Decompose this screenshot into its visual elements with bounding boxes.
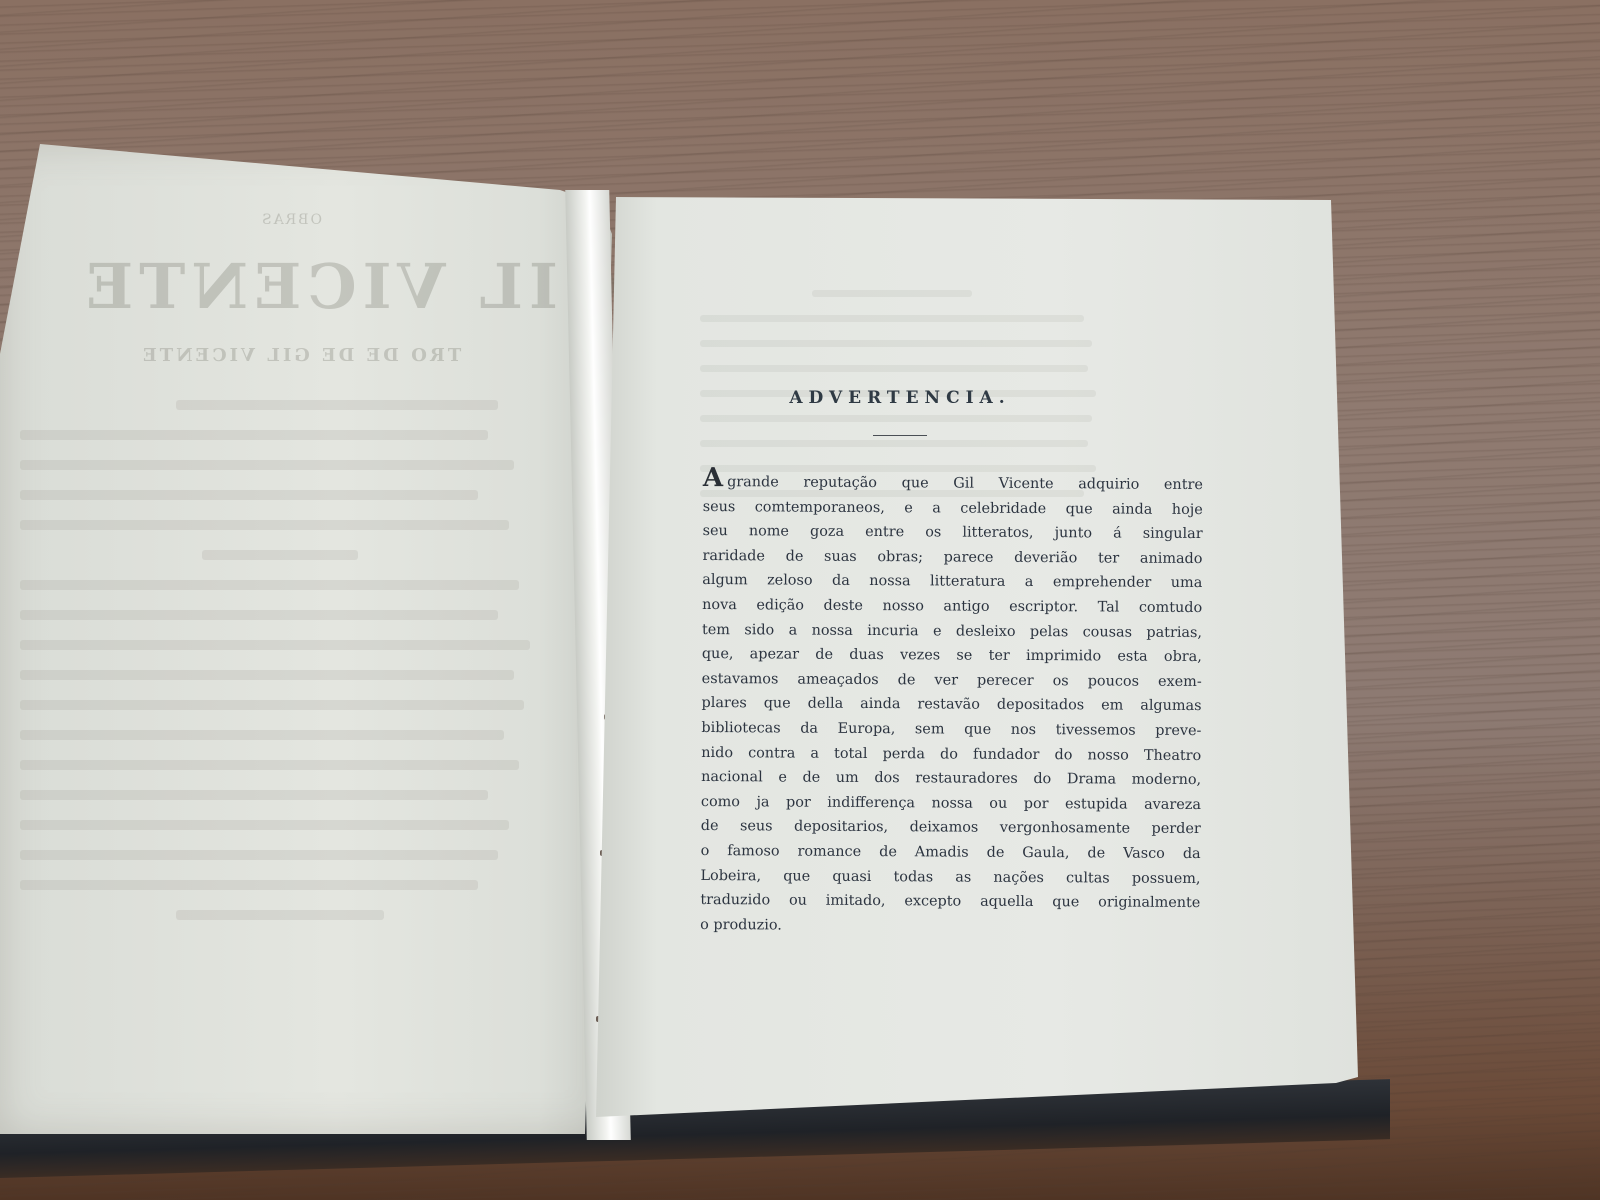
text-line: o famoso romance de Amadis de Gaula, de … — [701, 839, 1201, 867]
text-line: algum zeloso da nossa litteratura a empr… — [702, 568, 1202, 596]
text-line: nido contra a total perda do fundador do… — [701, 741, 1201, 769]
left-page-show-through-title: GIL VICENTE — [80, 250, 617, 323]
page-heading: ADVERTENCIA. — [760, 388, 1040, 408]
left-page-show-through-top: OBRAS — [260, 212, 322, 228]
text-line: bibliotecas da Europa, sem que nos tives… — [701, 716, 1201, 744]
text-line: nova edição deste nosso antigo escriptor… — [702, 593, 1202, 621]
left-page-show-through-lines — [20, 400, 540, 940]
text-line: de seus depositarios, deixamos vergonhos… — [701, 814, 1201, 842]
text-line: que, apezar de duas vezes se ter imprimi… — [702, 642, 1202, 670]
text-line: seus comtemporaneos, e a celebridade que… — [703, 495, 1203, 523]
heading-rule — [873, 435, 927, 436]
text-line: plares que della ainda restavão deposita… — [701, 691, 1201, 719]
text-line: seu nome goza entre os litteratos, junto… — [703, 519, 1203, 547]
text-line: estavamos ameaçados de ver perecer os po… — [702, 667, 1202, 695]
text-line: como ja por indifferença nossa ou por es… — [701, 790, 1201, 818]
open-book: OBRAS GIL VICENTE TRO DE DE GIL VICENTE … — [0, 0, 1600, 1200]
text-line: raridade de suas obras; parece deverião … — [702, 544, 1202, 572]
body-text: Agrande reputação que Gil Vicente adquir… — [700, 468, 1203, 940]
text-line: o produzio. — [700, 913, 1200, 941]
text-line: grande reputação que Gil Vicente adquiri… — [727, 474, 1203, 493]
drop-cap: A — [703, 463, 723, 493]
text-line: nacional e de um dos restauradores do Dr… — [701, 765, 1201, 793]
left-page-show-through-subtitle: TRO DE DE GIL VICENTE — [140, 345, 461, 366]
text-line: traduzido ou imitado, excepto aquella qu… — [700, 888, 1200, 916]
text-line: Lobeira, que quasi todas as nações culta… — [700, 863, 1200, 891]
text-line: tem sido a nossa incuria e desleixo pela… — [702, 618, 1202, 646]
